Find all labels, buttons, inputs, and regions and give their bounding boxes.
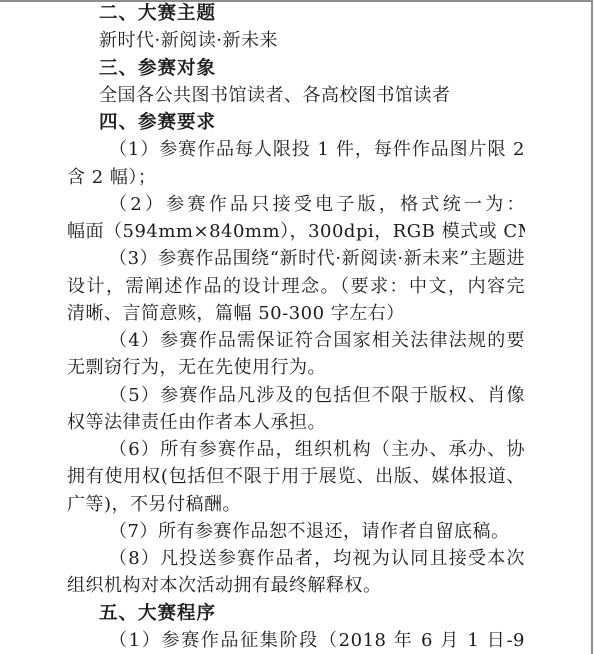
document-page: 二、大赛主题 新时代·新阅读·新未来 三、参赛对象 全国各公共图书馆读者、各高校… (0, 0, 595, 654)
requirement-line: 无剽窃行为，无在先使用行为。 (67, 354, 525, 381)
requirement-line: （5）参赛作品凡涉及的包括但不限于版权、肖像权、名誉 (67, 382, 525, 409)
requirement-line: 清晰、言简意赅，篇幅 50-300 字左右） (67, 300, 525, 327)
requirement-line: （6）所有参赛作品，组织机构（主办、承办、协办单位） (67, 436, 525, 463)
page-edge-right (591, 0, 593, 654)
requirement-line: 组织机构对本次活动拥有最终解释权。 (67, 572, 525, 599)
requirement-line: （2）参赛作品只接受电子版，格式统一为：JPEG，A1 竖式 (67, 191, 525, 218)
requirement-line: （7）所有参赛作品恕不退还，请作者自留底稿。 (67, 518, 525, 545)
requirement-line: 权等法律责任由作者本人承担。 (67, 409, 525, 436)
requirement-line: （4）参赛作品需保证符合国家相关法律法规的要求，原创， (67, 327, 525, 354)
theme-text: 新时代·新阅读·新未来 (67, 27, 525, 54)
requirement-line: 设计，需阐述作品的设计理念。（要求：中文，内容完整、条理 (67, 273, 525, 300)
section-heading-participants: 三、参赛对象 (67, 55, 525, 82)
requirement-line: 拥有使用权(包括但不限于用于展览、出版、媒体报道、网络推 (67, 463, 525, 490)
requirement-line: （8）凡投送参赛作品者，均视为认同且接受本次比赛规则。 (67, 545, 525, 572)
document-body: 二、大赛主题 新时代·新阅读·新未来 三、参赛对象 全国各公共图书馆读者、各高校… (67, 0, 525, 654)
procedure-line: （1）参赛作品征集阶段（2018 年 6 月 1 日-9 月 20 日），各 (67, 627, 525, 654)
requirement-line: （3）参赛作品围绕“新时代·新阅读·新未来”主题进行 (67, 245, 525, 272)
section-heading-theme: 二、大赛主题 (67, 0, 525, 27)
participants-text: 全国各公共图书馆读者、各高校图书馆读者 (67, 82, 525, 109)
requirement-line: 广等)，不另付稿酬。 (67, 491, 525, 518)
requirement-line: 幅面（594mm×840mm），300dpi，RGB 模式或 CMYK 模式； (67, 218, 525, 245)
requirement-line: 含 2 幅）； (67, 164, 525, 191)
section-heading-requirements: 四、参赛要求 (67, 109, 525, 136)
requirement-line: （1）参赛作品每人限投 1 件，每件作品图片限 2 幅以内（包 (67, 136, 525, 163)
section-heading-procedure: 五、大赛程序 (67, 600, 525, 627)
